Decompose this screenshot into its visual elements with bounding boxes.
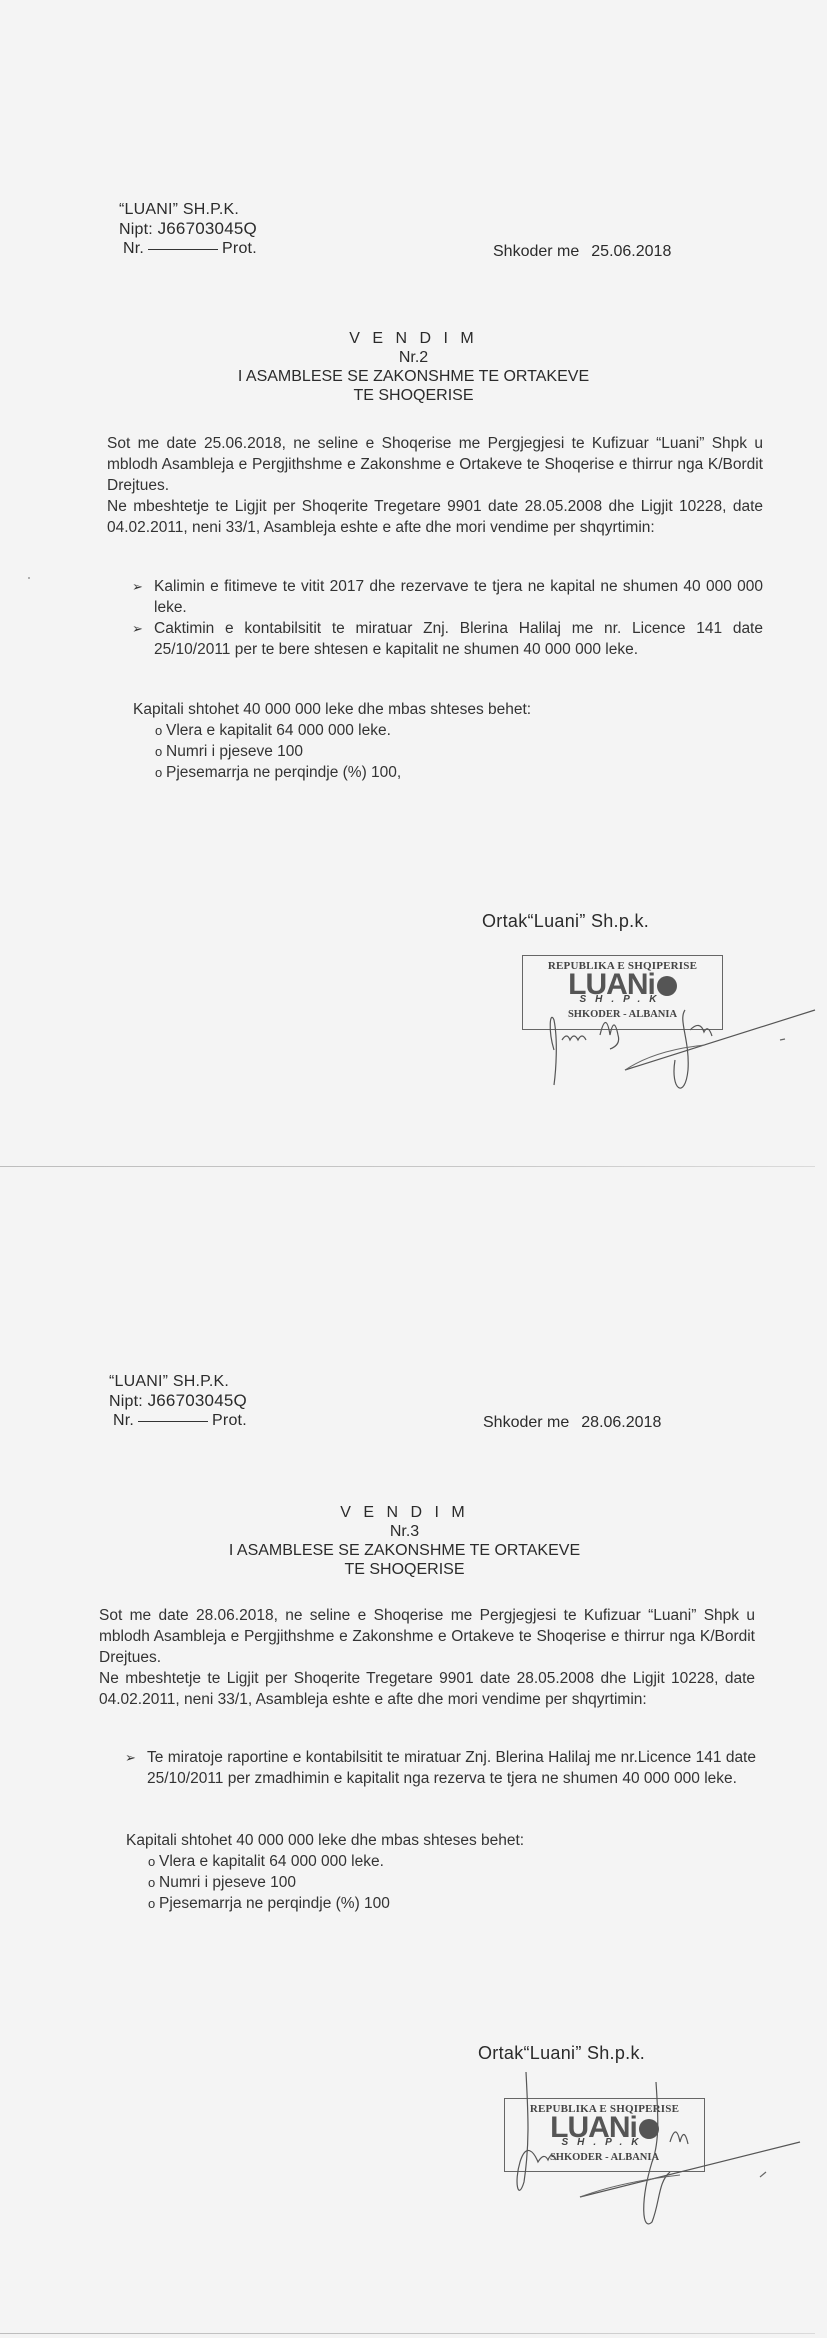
- legal-basis-paragraph: Ne mbeshtetje te Ligjit per Shoqerite Tr…: [107, 496, 763, 538]
- decision-item: ➢ Caktimin e kontabilsitit te miratuar Z…: [132, 618, 763, 660]
- arrow-bullet-icon: ➢: [132, 576, 143, 597]
- capital-item: oNumri i pjeseve 100: [133, 741, 531, 762]
- subtitle-line-2: TE SHOQERISE: [0, 1560, 818, 1579]
- decision-title: V E N D I M Nr.2 I ASAMBLESE SE ZAKONSHM…: [0, 329, 827, 405]
- decision-list: ➢ Te miratoje raportine e kontabilsitit …: [125, 1747, 756, 1789]
- arrow-bullet-icon: ➢: [125, 1747, 136, 1768]
- protocol-number-blank: [138, 1421, 208, 1422]
- capital-intro: Kapitali shtohet 40 000 000 leke dhe mba…: [126, 1830, 524, 1851]
- nr-label: Nr.: [113, 1412, 134, 1429]
- company-name: “LUANI” SH.P.K.: [109, 1372, 247, 1391]
- decision-item: ➢ Te miratoje raportine e kontabilsitit …: [125, 1747, 756, 1789]
- title-vendim: V E N D I M: [0, 1503, 818, 1522]
- prot-label: Prot.: [212, 1412, 247, 1429]
- company-stamp: REPUBLIKA E SHQIPERISE LUANi SH.P.K SHKO…: [522, 955, 723, 1030]
- prot-label: Prot.: [222, 240, 257, 257]
- document-date: 25.06.2018: [591, 243, 671, 260]
- subtitle-line-2: TE SHOQERISE: [0, 386, 827, 405]
- nipt-label: Nipt:: [119, 221, 153, 238]
- place-label: Shkoder me: [493, 243, 579, 260]
- title-vendim: V E N D I M: [0, 329, 827, 348]
- signer-name: Ortak“Luani” Sh.p.k.: [478, 2043, 645, 2064]
- decision-list: ➢ Kalimin e fitimeve te vitit 2017 dhe r…: [132, 576, 763, 660]
- decision-number: Nr.3: [0, 1522, 818, 1541]
- protocol-line: Nr.Prot.: [109, 1411, 247, 1430]
- decision-body: Sot me date 25.06.2018, ne seline e Shoq…: [107, 433, 763, 538]
- stamp-bottom-text: SHKODER - ALBANIA: [505, 2152, 704, 2163]
- circle-bullet-icon: o: [155, 762, 166, 783]
- protocol-line: Nr.Prot.: [119, 239, 257, 258]
- company-header: “LUANI” SH.P.K. Nipt: J66703045Q Nr.Prot…: [109, 1372, 247, 1430]
- nipt-line: Nipt: J66703045Q: [109, 1391, 247, 1411]
- scan-speck: [28, 577, 30, 579]
- circle-bullet-icon: o: [148, 1893, 159, 1914]
- nipt-value: J66703045Q: [158, 219, 257, 238]
- circle-bullet-icon: o: [148, 1851, 159, 1872]
- circle-bullet-icon: o: [148, 1872, 159, 1893]
- legal-basis-paragraph: Ne mbeshtetje te Ligjit per Shoqerite Tr…: [99, 1668, 755, 1710]
- capital-section: Kapitali shtohet 40 000 000 leke dhe mba…: [126, 1830, 524, 1914]
- capital-section: Kapitali shtohet 40 000 000 leke dhe mba…: [133, 699, 531, 783]
- decision-title: V E N D I M Nr.3 I ASAMBLESE SE ZAKONSHM…: [0, 1503, 818, 1579]
- nipt-value: J66703045Q: [148, 1391, 247, 1410]
- subtitle-line-1: I ASAMBLESE SE ZAKONSHME TE ORTAKEVE: [0, 1541, 818, 1560]
- document-page-2: “LUANI” SH.P.K. Nipt: J66703045Q Nr.Prot…: [0, 1167, 827, 2338]
- capital-item: oNumri i pjeseve 100: [126, 1872, 524, 1893]
- document-date: 28.06.2018: [581, 1414, 661, 1431]
- stamp-bottom-text: SHKODER - ALBANIA: [523, 1009, 722, 1020]
- capital-item: oPjesemarrja ne perqindje (%) 100,: [133, 762, 531, 783]
- company-name: “LUANI” SH.P.K.: [119, 200, 257, 219]
- nipt-line: Nipt: J66703045Q: [119, 219, 257, 239]
- company-header: “LUANI” SH.P.K. Nipt: J66703045Q Nr.Prot…: [119, 200, 257, 258]
- protocol-number-blank: [148, 249, 218, 250]
- capital-item: oVlera e kapitalit 64 000 000 leke.: [133, 720, 531, 741]
- place-label: Shkoder me: [483, 1414, 569, 1431]
- stamp-shpk: SH.P.K: [505, 2137, 704, 2148]
- circle-bullet-icon: o: [155, 741, 166, 762]
- decision-item: ➢ Kalimin e fitimeve te vitit 2017 dhe r…: [132, 576, 763, 618]
- circle-bullet-icon: o: [155, 720, 166, 741]
- decision-body: Sot me date 28.06.2018, ne seline e Shoq…: [99, 1605, 755, 1710]
- capital-item: oPjesemarrja ne perqindje (%) 100: [126, 1893, 524, 1914]
- capital-intro: Kapitali shtohet 40 000 000 leke dhe mba…: [133, 699, 531, 720]
- stamp-shpk: SH.P.K: [523, 994, 722, 1005]
- decision-number: Nr.2: [0, 348, 827, 367]
- intro-paragraph: Sot me date 28.06.2018, ne seline e Shoq…: [99, 1605, 755, 1668]
- place-date: Shkoder me25.06.2018: [493, 243, 671, 261]
- nr-label: Nr.: [123, 240, 144, 257]
- signer-name: Ortak“Luani” Sh.p.k.: [482, 911, 649, 932]
- page-bottom-edge: [0, 2333, 815, 2334]
- subtitle-line-1: I ASAMBLESE SE ZAKONSHME TE ORTAKEVE: [0, 367, 827, 386]
- arrow-bullet-icon: ➢: [132, 618, 143, 639]
- company-stamp: REPUBLIKA E SHQIPERISE LUANi SH.P.K SHKO…: [504, 2098, 705, 2172]
- intro-paragraph: Sot me date 25.06.2018, ne seline e Shoq…: [107, 433, 763, 496]
- place-date: Shkoder me28.06.2018: [483, 1414, 661, 1432]
- capital-item: oVlera e kapitalit 64 000 000 leke.: [126, 1851, 524, 1872]
- nipt-label: Nipt:: [109, 1393, 143, 1410]
- document-page-1: “LUANI” SH.P.K. Nipt: J66703045Q Nr.Prot…: [0, 0, 827, 1164]
